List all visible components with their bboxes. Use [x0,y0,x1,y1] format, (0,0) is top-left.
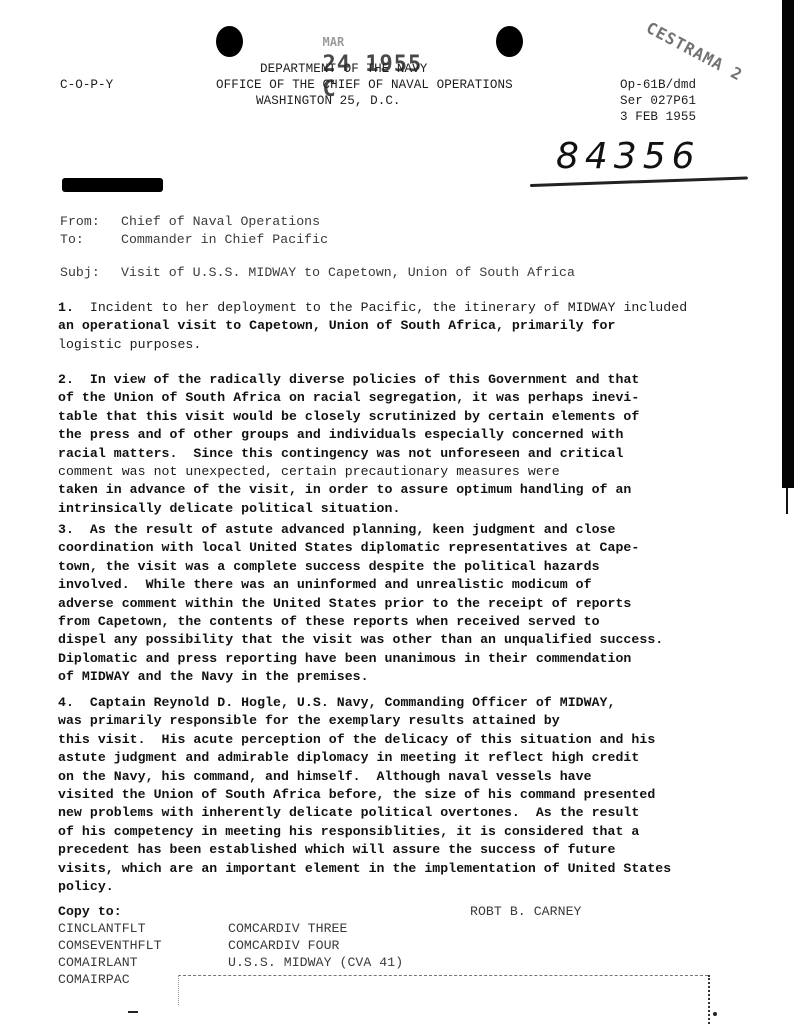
paragraph-line: the press and of other groups and indivi… [58,426,758,444]
scan-mark [128,1011,138,1013]
paragraph-text: Captain Reynold D. Hogle, U.S. Navy, Com… [90,695,616,710]
copy-to-label: Copy to: [58,903,122,921]
paragraph-line: 1. Incident to her deployment to the Pac… [58,299,758,317]
paragraph-line: of his competency in meeting his respons… [58,823,758,841]
paragraph-line: dispel any possibility that the visit wa… [58,631,758,649]
from-label: From: [60,213,100,231]
form-box-right-border [708,975,710,1024]
paragraph-number: 3. [58,522,74,537]
paragraph-line: visits, which are an important element i… [58,860,758,878]
paragraph-1: 1. Incident to her deployment to the Pac… [58,299,758,354]
paragraph-3: 3. As the result of astute advanced plan… [58,521,758,687]
paragraph-line: town, the visit was a complete success d… [58,558,758,576]
classification-marking: C-O-P-Y [60,77,113,93]
form-box-top-border [178,975,708,976]
to-label: To: [60,231,84,249]
form-box-left-border [178,975,179,1005]
serial-number: Ser 027P61 [620,93,696,109]
paragraph-line: Diplomatic and press reporting have been… [58,650,758,668]
paragraph-number: 1. [58,300,74,315]
paragraph-text: In view of the radically diverse policie… [90,372,640,387]
paragraph-line: 2. In view of the radically diverse poli… [58,371,758,389]
distribution-item: COMCARDIV FOUR [228,937,340,955]
redaction-bar [62,178,163,192]
stamp-month: MAR [323,35,345,49]
scan-dot [713,1012,717,1016]
subject-label: Subj: [60,264,100,282]
office-heading: OFFICE OF THE CHIEF OF NAVAL OPERATIONS [216,77,513,93]
paragraph-line: precedent has been established which wil… [58,841,758,859]
distribution-item: COMAIRLANT [58,954,138,972]
reference-code: Op-61B/dmd [620,77,696,93]
paragraph-line: on the Navy, his command, and himself. A… [58,768,758,786]
location-heading: WASHINGTON 25, D.C. [256,93,401,109]
paragraph-line: new problems with inherently delicate po… [58,804,758,822]
paragraph-line: racial matters. Since this contingency w… [58,445,758,463]
paragraph-line: logistic purposes. [58,336,758,354]
distribution-item: COMSEVENTHFLT [58,937,162,955]
paragraph-4: 4. Captain Reynold D. Hogle, U.S. Navy, … [58,694,758,896]
paragraph-number: 2. [58,372,74,387]
rotated-routing-stamp: CESTRAMA 2 [643,18,746,85]
paragraph-line: policy. [58,878,758,896]
paragraph-number: 4. [58,695,74,710]
paragraph-line: of the Union of South Africa on racial s… [58,389,758,407]
distribution-item: CINCLANTFLT [58,920,146,938]
paragraph-line: was primarily responsible for the exempl… [58,712,758,730]
handwritten-file-number: 84356 [556,136,701,177]
paragraph-line: 3. As the result of astute advanced plan… [58,521,758,539]
paragraph-line: intrinsically delicate political situati… [58,500,758,518]
paragraph-line: adverse comment within the United States… [58,595,758,613]
paragraph-line: comment was not unexpected, certain prec… [58,463,758,481]
paragraph-line: astute judgment and admirable diplomacy … [58,749,758,767]
paragraph-line: this visit. His acute perception of the … [58,731,758,749]
from-value: Chief of Naval Operations [121,213,320,231]
signature-block: ROBT B. CARNEY [470,903,582,921]
paragraph-line: taken in advance of the visit, in order … [58,481,758,499]
distribution-item: U.S.S. MIDWAY (CVA 41) [228,954,403,972]
paragraph-line: 4. Captain Reynold D. Hogle, U.S. Navy, … [58,694,758,712]
department-heading: DEPARTMENT OF THE NAVY [260,61,427,77]
memo-date: 3 FEB 1955 [620,109,696,125]
to-value: Commander in Chief Pacific [121,231,328,249]
paragraph-line: from Capetown, the contents of these rep… [58,613,758,631]
paragraph-line: of MIDWAY and the Navy in the premises. [58,668,758,686]
punch-hole-left [216,26,243,57]
distribution-item: COMAIRPAC [58,971,130,989]
paragraph-line: an operational visit to Capetown, Union … [58,317,758,335]
paragraph-line: visited the Union of South Africa before… [58,786,758,804]
paragraph-text: Incident to her deployment to the Pacifi… [90,300,687,315]
paragraph-text: As the result of astute advanced plannin… [90,522,616,537]
scan-edge-bar [782,0,794,488]
paragraph-line: coordination with local United States di… [58,539,758,557]
handwritten-underline [530,176,748,187]
paragraph-line: involved. While there was an uninformed … [58,576,758,594]
distribution-item: COMCARDIV THREE [228,920,347,938]
paragraph-2: 2. In view of the radically diverse poli… [58,371,758,518]
paragraph-line: table that this visit would be closely s… [58,408,758,426]
punch-hole-right [496,26,523,57]
subject-value: Visit of U.S.S. MIDWAY to Capetown, Unio… [121,264,575,282]
